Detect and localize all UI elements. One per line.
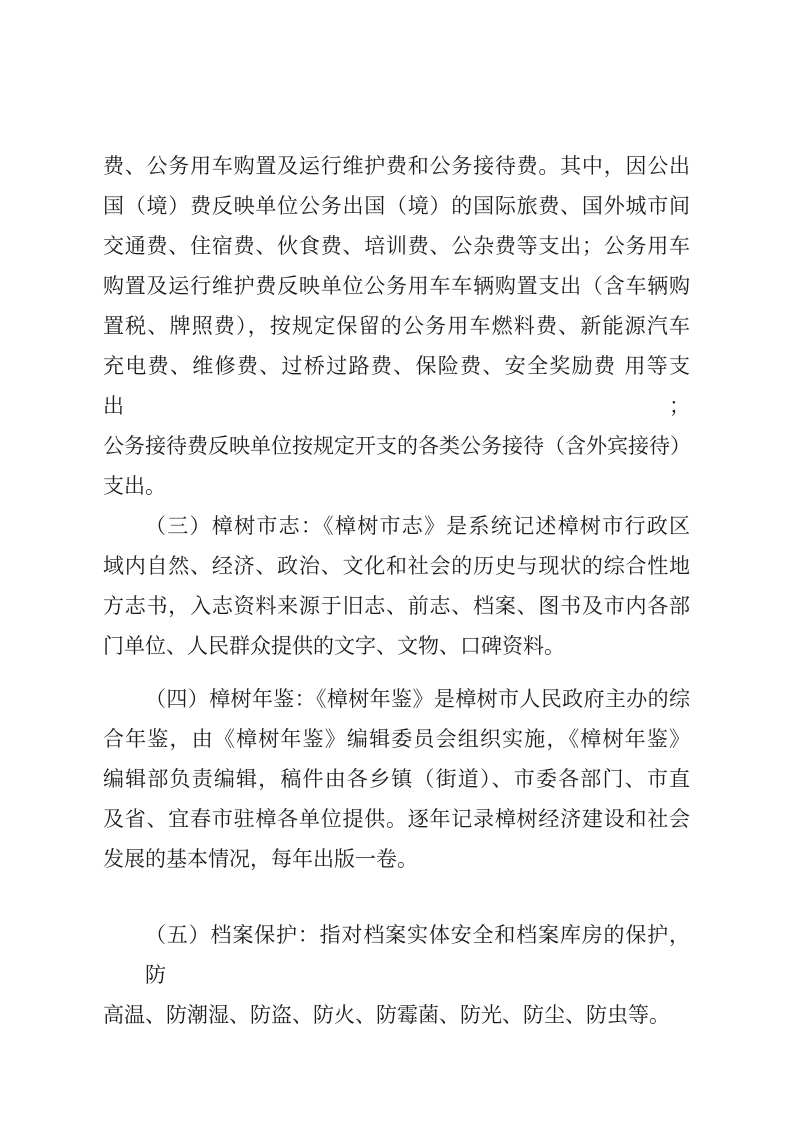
text-line: 域内自然、经济、政治、文化和社会的历史与现状的综合性地 xyxy=(103,546,690,586)
text-line: （四）樟树年鉴：《樟树年鉴》是樟树市人民政府主办的综 xyxy=(103,679,690,719)
para-continuation-expenses: 费、公务用车购置及运行维护费和公务接待费。其中，因公出国（境）费反映单位公务出国… xyxy=(103,146,690,506)
text-line: 置税、牌照费），按规定保留的公务用车燃料费、新能源汽车 xyxy=(103,306,690,346)
text-line: 合年鉴，由《樟树年鉴》编辑委员会组织实施，《樟树年鉴》 xyxy=(103,719,690,759)
text-line: 支出。 xyxy=(103,466,690,506)
text-line: 国（境）费反映单位公务出国（境）的国际旅费、国外城市间 xyxy=(103,186,690,226)
text-line: （三）樟树市志：《樟树市志》是系统记述樟树市行政区 xyxy=(103,506,690,546)
para-item-5-archive-protection: （五）档案保护：指对档案实体安全和档案库房的保护，防高温、防潮湿、防盗、防火、防… xyxy=(103,915,690,1035)
text-line: 及省、宜春市驻樟各单位提供。逐年记录樟树经济建设和社会 xyxy=(103,799,690,839)
text-line: 充电费、维修费、过桥过路费、保险费、安全奖励费 用等支出； xyxy=(103,346,690,426)
text-line: 高温、防潮湿、防盗、防火、防霉菌、防光、防尘、防虫等。 xyxy=(103,995,690,1035)
text-line: 门单位、人民群众提供的文字、文物、口碑资料。 xyxy=(103,626,690,666)
para-item-3-city-gazetteer: （三）樟树市志：《樟树市志》是系统记述樟树市行政区域内自然、经济、政治、文化和社… xyxy=(103,506,690,666)
text-line: 发展的基本情况，每年出版一卷。 xyxy=(103,839,690,879)
text-line: 编辑部负责编辑，稿件由各乡镇（街道）、市委各部门、市直 xyxy=(103,759,690,799)
document-body: 费、公务用车购置及运行维护费和公务接待费。其中，因公出国（境）费反映单位公务出国… xyxy=(103,146,690,1035)
text-line: 方志书，入志资料来源于旧志、前志、档案、图书及市内各部 xyxy=(103,586,690,626)
text-line: 交通费、住宿费、伙食费、培训费、公杂费等支出；公务用车 xyxy=(103,226,690,266)
text-line: 费、公务用车购置及运行维护费和公务接待费。其中，因公出 xyxy=(103,146,690,186)
text-line: 公务接待费反映单位按规定开支的各类公务接待（含外宾接待） xyxy=(103,426,690,466)
text-line: （五）档案保护：指对档案实体安全和档案库房的保护，防 xyxy=(103,915,690,995)
document-page: 费、公务用车购置及运行维护费和公务接待费。其中，因公出国（境）费反映单位公务出国… xyxy=(0,0,793,1122)
para-item-4-yearbook: （四）樟树年鉴：《樟树年鉴》是樟树市人民政府主办的综合年鉴，由《樟树年鉴》编辑委… xyxy=(103,679,690,879)
text-line: 购置及运行维护费反映单位公务用车车辆购置支出（含车辆购 xyxy=(103,266,690,306)
